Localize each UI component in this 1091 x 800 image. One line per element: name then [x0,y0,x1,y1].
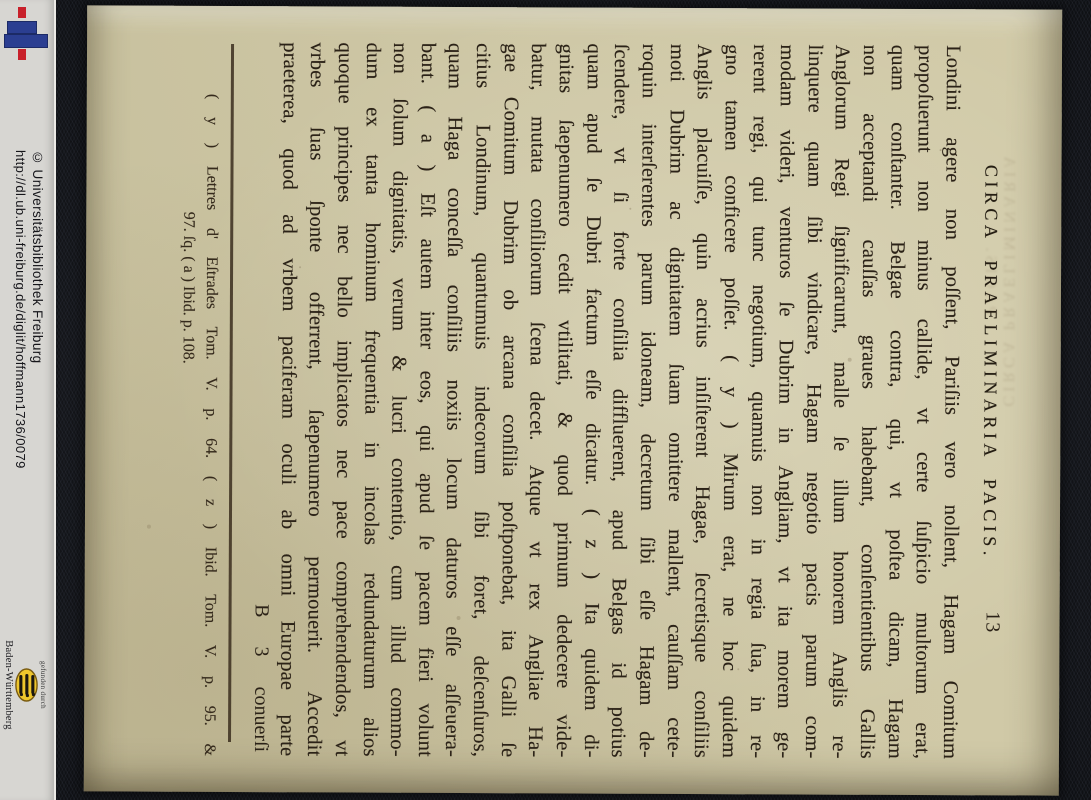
text-line: vrbes ſuas ſponte offerrent, ſaepenumero… [300,42,331,756]
signature-row: B 3 conuerſi [245,42,275,756]
logo-red-square-top [18,7,26,18]
digitized-book-scan: © Universitätsbibliothek Freiburg http:/… [0,0,1091,800]
footnote-line: ( y ) Lettres d' Eſtrades Tom. V. p. 64.… [198,42,225,756]
footnotes: ( y ) Lettres d' Eſtrades Tom. V. p. 64.… [174,42,224,756]
text-line: non acceptandi cauſſas graues habebant, … [852,45,883,759]
text-line: bant. ( a ) Eſt autem inter eos, qui apu… [410,43,441,757]
text-line: citius Londinum, quantumuis indecorum ſi… [465,43,496,757]
text-line: quam apud ſe Dubri factum eſſe dicatur. … [576,44,607,758]
baden-wuerttemberg-arms-icon [15,668,38,702]
text-line: Anglis placuiſſe, quin acrius inſiſteren… [687,44,718,758]
page-number: 13 [980,611,1003,633]
text-line: Anglorum Regi ſignificarunt, malle ſe il… [825,45,856,759]
text-line: linquere quam ſibi vindicare, Hagam nego… [797,44,828,758]
text-line: quam Haga conceſſa conſiliis noxiis locu… [438,43,469,757]
text-line: Londini agere non poſſent, Pariſiis vero… [935,45,966,759]
logo-red-square-bottom [18,49,26,60]
signature-mark: B 3 [249,604,272,656]
text-line: gnitas ſaepenumero cedit vtilitati, & qu… [548,43,579,757]
provenance-text: © Universitätsbibliothek Freiburg http:/… [12,150,46,469]
text-line: quoque principes nec bello implicatos ne… [327,42,358,756]
text-line: propoſuerunt non minus callide, vt certe… [908,45,939,759]
found-via-label: gefunden durch [39,661,47,709]
body-text: Londini agere non poſſent, Pariſiis vero… [272,42,966,759]
logo-blue-bar-small [7,21,37,34]
text-line: rerent regi, qui tunc negotium, quamuis … [742,44,773,758]
baden-wuerttemberg-block: gefunden durch Baden-Württemberg [0,615,50,755]
text-line: batur, mutata conſiliorum ſcena decet. A… [521,43,552,757]
text-line: quam conſtanter. Belgae contra, qui, vt … [880,45,911,759]
catchword: conuerſi [249,687,272,753]
text-line: praeterea, quod ad vrbem paciferam oculi… [272,42,303,756]
text-line: gno tamen conficere poſſet. ( y ) Mirum … [714,44,745,758]
text-line: dum ex tanta hominum frequentia in incol… [355,43,386,757]
region-label: Baden-Württemberg [3,640,14,730]
library-sidebar: © Universitätsbibliothek Freiburg http:/… [0,0,56,800]
text-line: roquin interſerentes parum idoneam, decr… [631,44,662,758]
text-line: ſcendere, vt ſi forte conſilia diffluere… [604,44,635,758]
copyright-label: © Universitätsbibliothek Freiburg [29,150,46,469]
footnote-line: 97. ſq. ( a ) Ibid. p. 108. [174,212,200,756]
page-content: CIRCA PRAELIMINARIA PACIS. 13 Londini ag… [84,5,1062,795]
footnote-rule [228,44,234,742]
text-line: gae Comitum Dubrim ob arcana conſilia po… [493,43,524,757]
text-line: moti Dubrim ac dignitatem ſuam omittere … [659,44,690,758]
document-url-label: http://dl.ub.uni-freiburg.de/diglit/hoff… [12,150,29,469]
page-head: CIRCA PRAELIMINARIA PACIS. 13 [971,45,1002,759]
logo-blue-bar-large [4,34,48,48]
ub-freiburg-logo-icon [2,4,50,60]
text-line: non ſolum dignitatis, verum & lucri cont… [382,43,413,757]
text-line: modam videri, venturos ſe Dubrim in Angl… [769,44,800,758]
scanned-page: CIRCA PRAELIMINARIA PACIS. CIRCA PRAELIM… [84,5,1062,795]
